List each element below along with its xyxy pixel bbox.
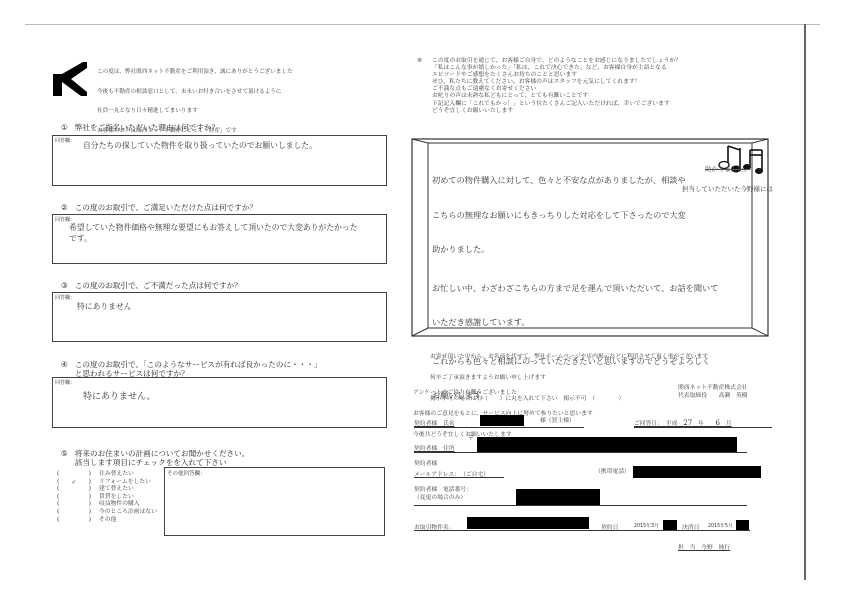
question-2-title: ②この度のお取引で、ご満足いただけた点は何ですか？: [56, 194, 257, 212]
answer-line: 助かりました。: [432, 244, 718, 256]
signature-company: 関西ネット不動産株式会社: [678, 385, 748, 392]
staff-name: 今野 純行: [701, 545, 730, 551]
checklist-item[interactable]: ()今のところ計画はない: [57, 509, 157, 517]
phone-underline: [414, 505, 747, 506]
question-3-title: ③この度のお取引で、ご不満だった点は何ですか？: [56, 272, 242, 290]
other-answer-box[interactable]: その他回答欄：: [164, 467, 385, 536]
answer-text: 特にありません。: [83, 392, 156, 403]
margin-note: 担当していただいた今野様には: [682, 184, 773, 195]
plan-checklist: ()住み替えたい (✓)リフォームをしたい ()建て替えたい ()賃貸をしたい …: [57, 471, 157, 524]
answer-box-2[interactable]: 回答欄： 希望していた物件価格や無理な要望にもお答えして頂いたので大変ありがたか…: [52, 214, 387, 264]
question-text: この度のお取引で、ご満足いただけた点は何ですか？: [75, 203, 257, 212]
settlement-day-redacted: [736, 520, 749, 530]
name-underline: [414, 427, 584, 428]
signature-title: 代表取締役 高瀬 英樹: [678, 393, 748, 400]
option-label: その他: [99, 517, 116, 525]
question-text: この度のお取引で、「このようなサービスが有れば良かったのに・・・」 と思われるサ…: [75, 360, 322, 378]
address-redacted: [477, 437, 737, 452]
name-suffix: 様（買主様）: [540, 418, 575, 425]
question-text: 弊社をご指名いただいた理由は何ですか？: [75, 123, 219, 132]
property-underline: [414, 530, 750, 531]
answer-text: 自分たちの探していた物件を取り扱っていたのでお願いしました。: [83, 140, 317, 151]
company-logo-icon: [53, 62, 87, 96]
answer-box-4[interactable]: 回答欄： 特にありません。: [52, 377, 387, 428]
answer-line: いただき感謝しています。: [432, 317, 718, 329]
name-label: 契約者様 氏名: [414, 418, 455, 427]
option-label: 建て替えたい: [99, 486, 134, 494]
address-label: 契約者様 住所: [414, 443, 455, 452]
checklist-item[interactable]: ()その他: [57, 517, 157, 525]
question-text: 将来のお住まいの計画についてお聞かせください。 該当します項目にチェックをを入れ…: [75, 449, 250, 467]
property-redacted: [467, 517, 589, 529]
staff-field: 担 当 今野 純行: [678, 542, 730, 551]
staff-label: 担 当: [678, 545, 695, 551]
disclosure-line: お寄せ頂いた中から、お名前を伏せて、弊社ホームページや店内掲示などに利用させて頂…: [430, 354, 708, 361]
email-underline: [414, 477, 504, 478]
other-answer-label: その他回答欄：: [167, 469, 206, 477]
date-month: 6: [715, 419, 719, 427]
settlement-value: 2015年5月: [708, 523, 733, 530]
intro-line: 今後も不動産の相談窓口として、末永いお付き合いをさせて頂けるように: [97, 89, 338, 96]
checklist-item[interactable]: ()建て替えたい: [57, 486, 157, 494]
answer-line: お忙しい中、わざわざこちらの方まで足を運んで頂いただいて、お話を聞いて: [432, 283, 718, 295]
question-number: ②: [61, 203, 75, 212]
date-year: 27: [683, 419, 692, 427]
closing-line: アンケートのご協力有難うございました: [413, 390, 593, 397]
mobile-redacted: [633, 466, 761, 478]
intro-line: この度は、弊社関西ネット不動産をご利用頂き、誠にありがとうございました: [97, 69, 338, 76]
answer-line: こちらの無理なお願いにもきっちりした対応をして下さったので大変: [432, 210, 718, 222]
checklist-item[interactable]: ()住み替えたい: [57, 471, 157, 479]
check-mark: ✓: [71, 479, 76, 487]
postal-mark: 〒: [468, 436, 474, 443]
answer-label: 回答欄：: [55, 294, 75, 301]
contract-date-value: 2015年3月: [634, 523, 659, 530]
page-top-border: [25, 24, 820, 25]
question-4-title: ④この度のお取引で、「このようなサービスが有れば良かったのに・・・」 と思われる…: [56, 351, 321, 378]
option-label: 今のところ計画はない: [99, 509, 157, 517]
answer-text: 特にありません: [77, 301, 132, 312]
question-number: ⑤: [61, 449, 75, 458]
option-label: 住み替えたい: [99, 471, 134, 479]
answer-text: 希望していた物件価格や無理な要望にもお答えして頂いたので大変ありがたかった です…: [69, 222, 357, 244]
option-label: 収益物件の購入: [99, 501, 140, 509]
question-6-text: この度のお取引を通じて、お客様ご自身で、どのようなことをお感じになりましたでしょ…: [432, 58, 681, 115]
page-right-border: [804, 24, 806, 580]
phone-redacted: [516, 489, 600, 505]
struck-text: 助かりました。: [705, 164, 751, 175]
question-number: ③: [61, 281, 75, 290]
checklist-item[interactable]: ()収益物件の購入: [57, 501, 157, 509]
closing-text: アンケートのご協力有難うございました お客様のご意見をもとに、サービス向上に努め…: [413, 376, 593, 446]
answer-line: 初めての物件購入に対して、色々と不安な点がありましたが、相談や: [432, 175, 718, 187]
answer-box-1[interactable]: 回答欄： 自分たちの探していた物件を取り扱っていたのでお願いしました。: [52, 135, 387, 186]
question-5-title: ⑤将来のお住まいの計画についてお聞かせください。 該当します項目にチェックをを入…: [56, 440, 249, 467]
email-label-1: 契約者様: [414, 461, 437, 468]
address-underline: [414, 452, 747, 453]
name-redacted: [480, 415, 524, 426]
question-number: ④: [61, 360, 75, 369]
mobile-label: （携帯電話）: [595, 469, 630, 476]
question-1-title: ①弊社をご指名いただいた理由は何ですか？: [56, 114, 219, 132]
question-text: この度のお取引で、ご不満だった点は何ですか？: [75, 281, 242, 290]
question-6-number: ⑥: [417, 58, 422, 65]
phone-label-1: 契約者様 電話番号：: [414, 487, 472, 494]
answer-label: 回答欄：: [55, 379, 75, 386]
answer-label: 回答欄：: [55, 137, 75, 144]
contract-day-redacted: [663, 520, 677, 530]
phone-label-2: （変更の場合のみ）: [414, 495, 466, 502]
question-number: ①: [61, 123, 75, 132]
answer-box-3[interactable]: 回答欄： 特にありません: [52, 292, 387, 342]
date-underline: [634, 427, 772, 428]
